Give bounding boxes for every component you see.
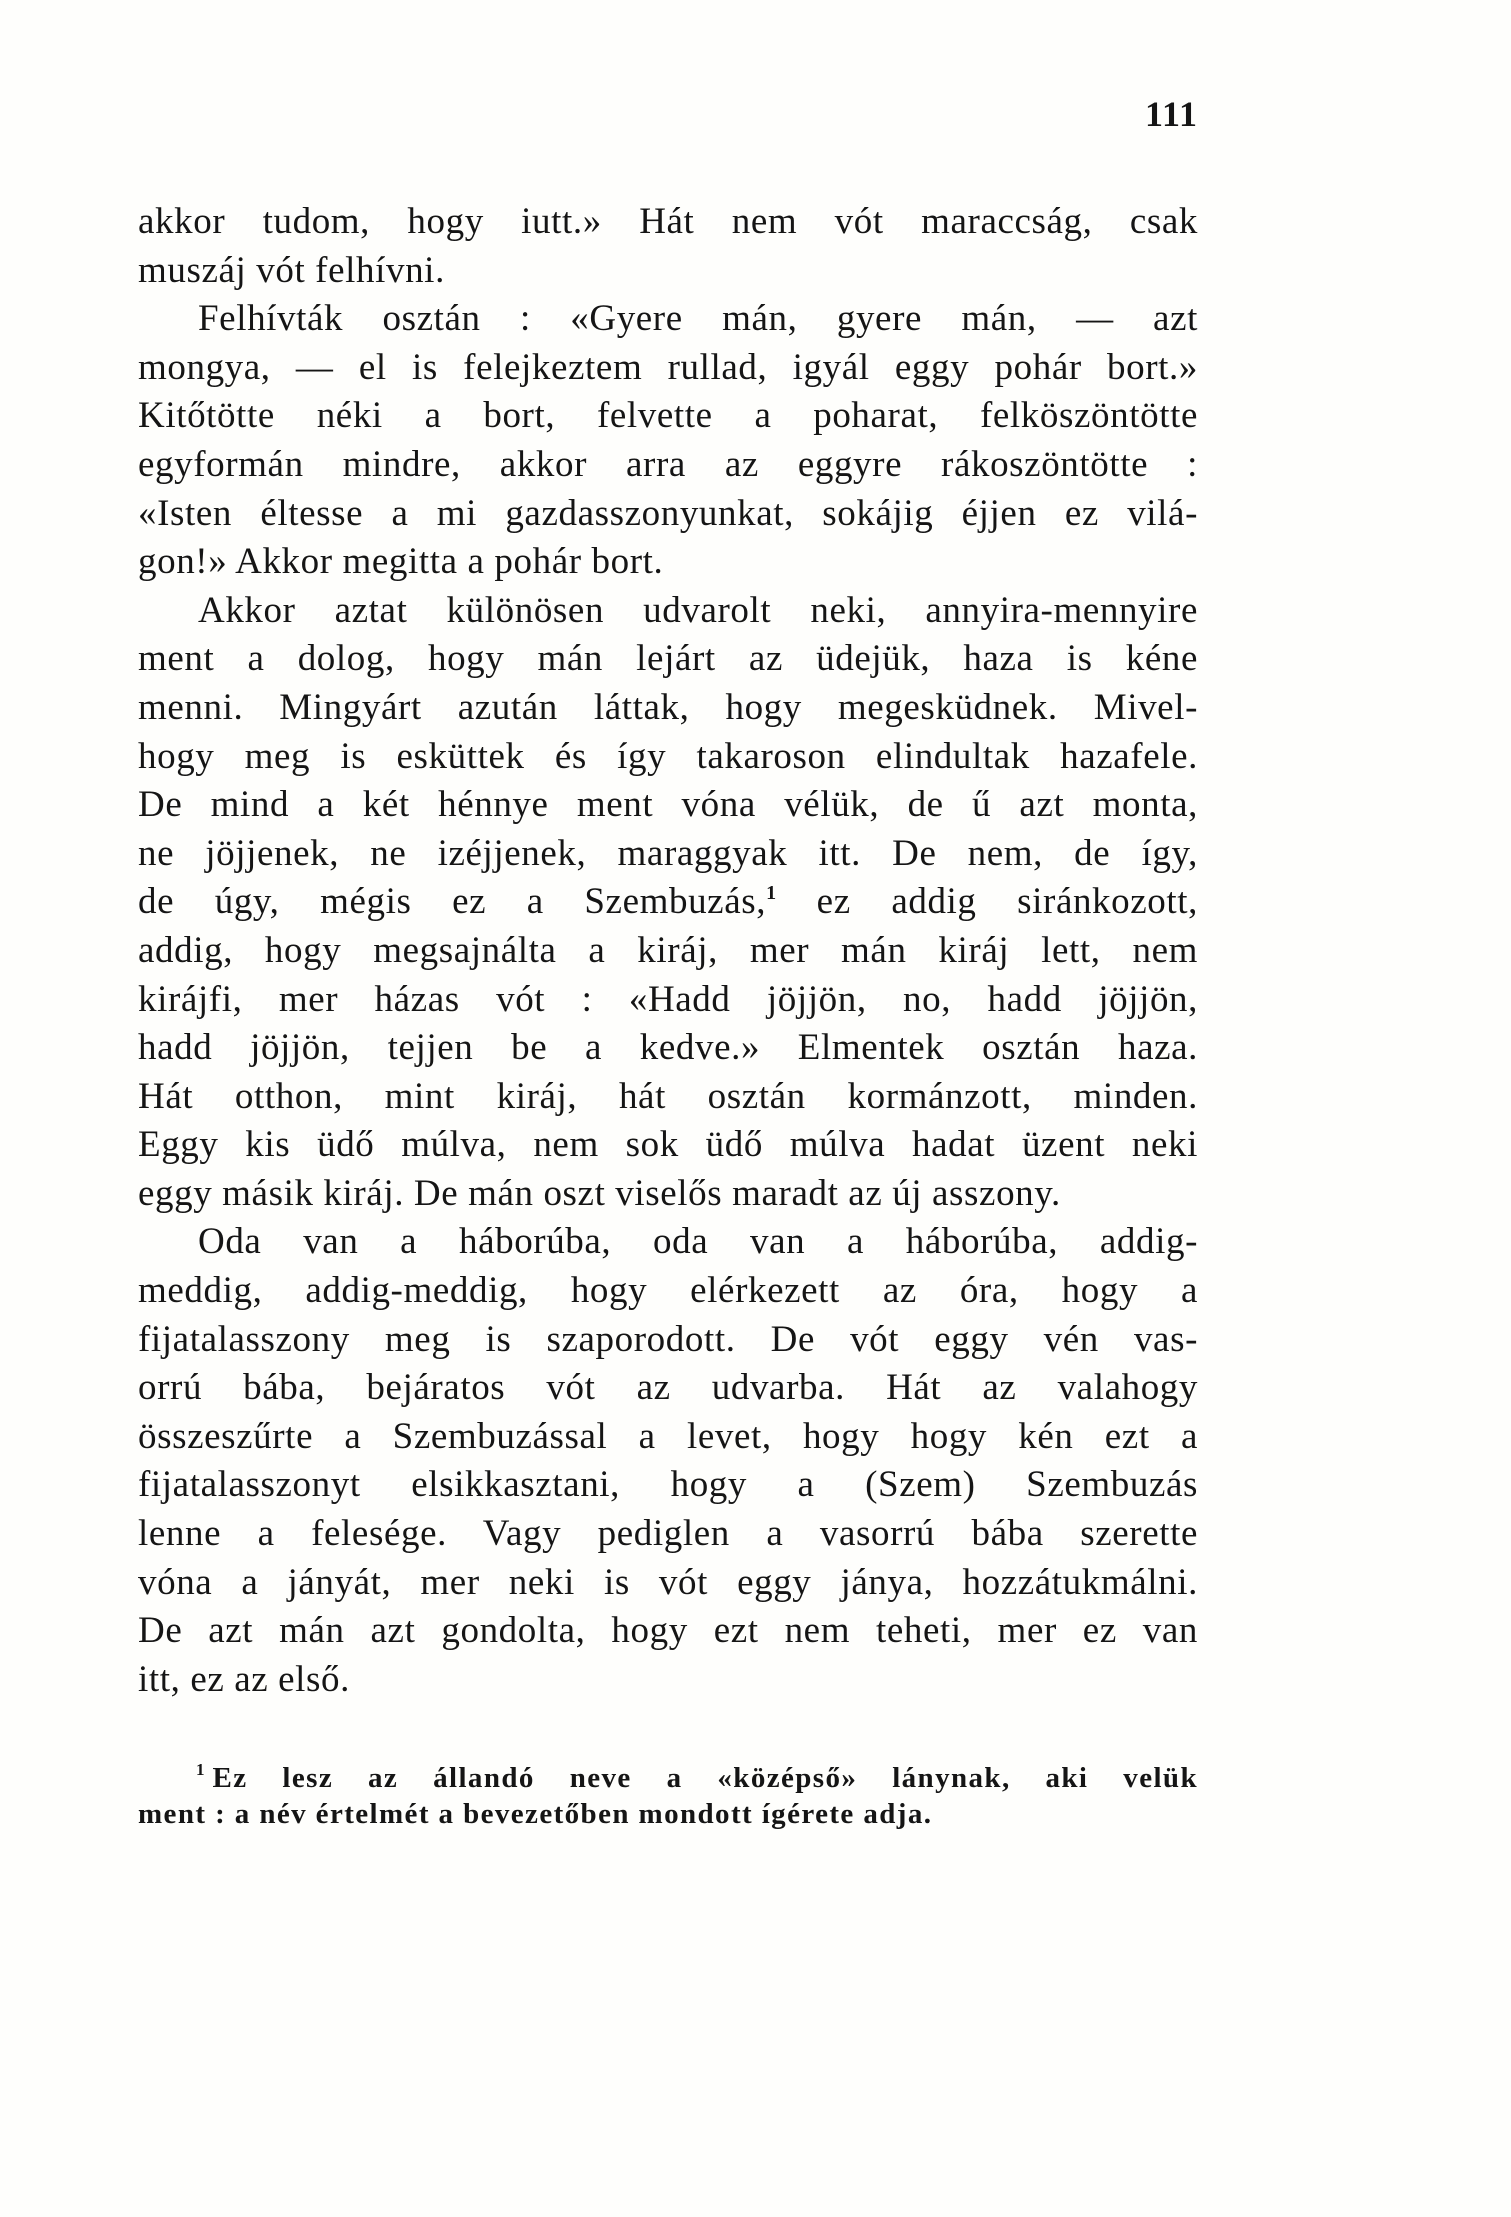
text-line: De mind a két hénnye ment vóna vélük, de…: [138, 781, 1198, 830]
text-line: gon!» Akkor megitta a pohár bort.: [138, 538, 1198, 587]
text-line: kirájfi, mer házas vót : «Hadd jöjjön, n…: [138, 976, 1198, 1025]
footnote-mark: 1: [196, 1760, 205, 1779]
footnote: 1Ez lesz az állandó neve a «középső» lán…: [138, 1760, 1198, 1832]
text-line: meddig, addig-meddig, hogy elérkezett az…: [138, 1267, 1198, 1316]
text-line: fijatalasszony meg is szaporodott. De vó…: [138, 1316, 1198, 1365]
text-line: egyformán mindre, akkor arra az eggyre r…: [138, 441, 1198, 490]
text-line: muszáj vót felhívni.: [138, 247, 1198, 296]
text-line: Akkor aztat különösen udvarolt neki, ann…: [138, 587, 1198, 636]
text-line: De azt mán azt gondolta, hogy ezt nem te…: [138, 1607, 1198, 1656]
text-line: lenne a felesége. Vagy pediglen a vasorr…: [138, 1510, 1198, 1559]
text-line: Hát otthon, mint kiráj, hát osztán kormá…: [138, 1073, 1198, 1122]
text-line: Felhívták osztán : «Gyere mán, gyere mán…: [138, 295, 1198, 344]
text-line-with-footnote-ref: de úgy, mégis ez a Szembuzás,1 ez addig …: [138, 878, 1198, 927]
footnote-text: Ez lesz az állandó neve a «középső» lány…: [213, 1762, 1199, 1794]
text-line: Eggy kis üdő múlva, nem sok üdő múlva ha…: [138, 1121, 1198, 1170]
text-line: hogy meg is esküttek és így takaroson el…: [138, 733, 1198, 782]
body-text: akkor tudom, hogy iutt.» Hát nem vót mar…: [138, 198, 1198, 1704]
footnote-reference[interactable]: 1: [766, 882, 776, 904]
text-line: Kitőtötte néki a bort, felvette a pohara…: [138, 392, 1198, 441]
text-line: akkor tudom, hogy iutt.» Hát nem vót mar…: [138, 198, 1198, 247]
text-line: orrú bába, bejáratos vót az udvarba. Hát…: [138, 1364, 1198, 1413]
page-number: 111: [1098, 96, 1198, 132]
text-line: mongya, — el is felejkeztem rullad, igyá…: [138, 344, 1198, 393]
text-segment: de úgy, mégis ez a Szembuzás,: [138, 881, 766, 922]
footnote-line: 1Ez lesz az állandó neve a «középső» lán…: [138, 1760, 1198, 1796]
text-line: fijatalasszonyt elsikkasztani, hogy a (S…: [138, 1461, 1198, 1510]
text-line: ne jöjjenek, ne izéjjenek, maraggyak itt…: [138, 830, 1198, 879]
text-line: vóna a jányát, mer neki is vót eggy jány…: [138, 1559, 1198, 1608]
text-segment: ez addig siránkozott,: [776, 881, 1198, 922]
text-line: összeszűrte a Szembuzással a levet, hogy…: [138, 1413, 1198, 1462]
text-line: itt, ez az első.: [138, 1656, 1198, 1705]
text-line: Oda van a háborúba, oda van a háborúba, …: [138, 1218, 1198, 1267]
footnote-line: ment : a név értelmét a bevezetőben mond…: [138, 1796, 1198, 1832]
text-line: addig, hogy megsajnálta a kiráj, mer mán…: [138, 927, 1198, 976]
text-line: menni. Mingyárt azután láttak, hogy mege…: [138, 684, 1198, 733]
text-line: ment a dolog, hogy mán lejárt az üdejük,…: [138, 635, 1198, 684]
text-line: «Isten éltesse a mi gazdasszonyunkat, so…: [138, 490, 1198, 539]
text-line: hadd jöjjön, tejjen be a kedve.» Elmente…: [138, 1024, 1198, 1073]
text-line: eggy másik kiráj. De mán oszt viselős ma…: [138, 1170, 1198, 1219]
